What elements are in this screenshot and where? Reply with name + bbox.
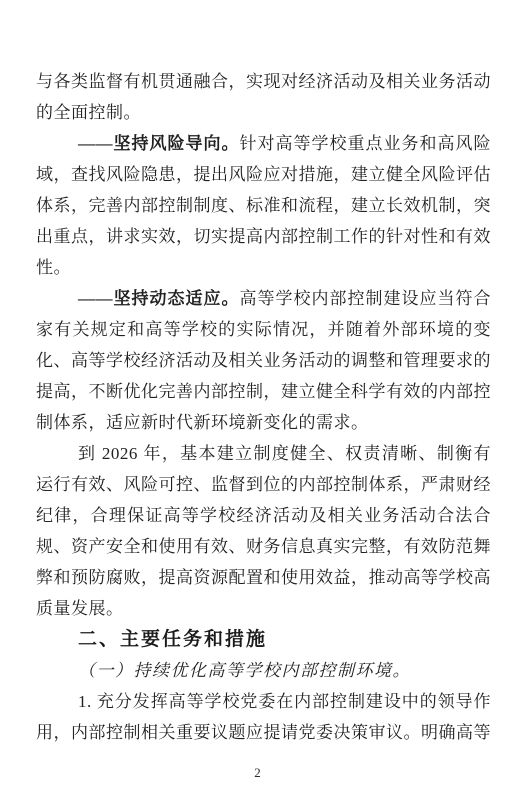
text-run-bold: ——坚持动态适应。 (78, 289, 240, 308)
document-page: 与各类监督有机贯通融合，实现对经济活动及相关业务活动的全面控制。——坚持风险导向… (0, 0, 515, 798)
text-line: 二、主要任务和措施 (36, 624, 491, 655)
text-line: 规、资产安全和使用有效、财务信息真实完整，有效防范舞 (36, 531, 491, 562)
text-run-body: 1. 充分发挥高等学校党委在内部控制建设中的领导作 (78, 692, 491, 711)
text-line: 化、高等学校经济活动及相关业务活动的调整和管理要求的 (36, 345, 491, 376)
text-run-body: 纪律，合理保证高等学校经济活动及相关业务活动合法合 (36, 506, 491, 525)
text-line: 制体系，适应新时代新环境新变化的需求。 (36, 407, 491, 438)
text-line: 与各类监督有机贯通融合，实现对经济活动及相关业务活动 (36, 66, 491, 97)
page-number: 2 (0, 765, 515, 781)
text-run-bold: ——坚持风险导向。 (78, 134, 240, 153)
text-run-kaiti: （一）持续优化高等学校内部控制环境。 (78, 661, 411, 680)
text-run-body: 化、高等学校经济活动及相关业务活动的调整和管理要求的 (36, 351, 491, 370)
text-line: 出重点，讲求实效，切实提高内部控制工作的针对性和有效 (36, 221, 491, 252)
text-run-body: 体系，完善内部控制制度、标准和流程，建立长效机制，突 (36, 196, 491, 215)
text-run-body: 用，内部控制相关重要议题应提请党委决策审议。明确高等 (36, 723, 491, 742)
text-line: 提高，不断优化完善内部控制，建立健全科学有效的内部控 (36, 376, 491, 407)
document-body: 与各类监督有机贯通融合，实现对经济活动及相关业务活动的全面控制。——坚持风险导向… (36, 66, 491, 748)
text-run-body: 规、资产安全和使用有效、财务信息真实完整，有效防范舞 (36, 537, 491, 556)
text-run-body: 弊和预防腐败，提高资源配置和使用效益，推动高等学校高 (36, 568, 491, 587)
text-line: 运行有效、风险可控、监督到位的内部控制体系，严肃财经 (36, 469, 491, 500)
text-line: 弊和预防腐败，提高资源配置和使用效益，推动高等学校高 (36, 562, 491, 593)
text-line: 的全面控制。 (36, 97, 491, 128)
text-line: 用，内部控制相关重要议题应提请党委决策审议。明确高等 (36, 717, 491, 748)
text-run-heading: 二、主要任务和措施 (78, 629, 267, 650)
text-line: （一）持续优化高等学校内部控制环境。 (36, 655, 491, 686)
text-line: 质量发展。 (36, 593, 491, 624)
text-line: ——坚持风险导向。针对高等学校重点业务和高风险领 (36, 128, 491, 159)
text-run-body: 性。 (36, 258, 71, 277)
text-run-body: 提高，不断优化完善内部控制，建立健全科学有效的内部控 (36, 382, 491, 401)
text-run-body: 到 2026 年，基本建立制度健全、权责清晰、制衡有力、 (78, 444, 491, 469)
text-line: 纪律，合理保证高等学校经济活动及相关业务活动合法合 (36, 500, 491, 531)
text-line: 1. 充分发挥高等学校党委在内部控制建设中的领导作 (36, 686, 491, 717)
text-run-body: 的全面控制。 (36, 103, 141, 122)
text-run-body: 质量发展。 (36, 599, 124, 618)
text-run-body: 域，查找风险隐患，提出风险应对措施，建立健全风险评估 (36, 165, 491, 184)
text-run-body: 家有关规定和高等学校的实际情况，并随着外部环境的变 (36, 320, 491, 339)
text-line: 到 2026 年，基本建立制度健全、权责清晰、制衡有力、 (36, 438, 491, 469)
text-run-body: 运行有效、风险可控、监督到位的内部控制体系，严肃财经 (36, 475, 491, 494)
text-line: 家有关规定和高等学校的实际情况，并随着外部环境的变 (36, 314, 491, 345)
text-line: 体系，完善内部控制制度、标准和流程，建立长效机制，突 (36, 190, 491, 221)
text-line: ——坚持动态适应。高等学校内部控制建设应当符合国 (36, 283, 491, 314)
text-line: 性。 (36, 252, 491, 283)
text-run-body: 制体系，适应新时代新环境新变化的需求。 (36, 413, 369, 432)
text-line: 域，查找风险隐患，提出风险应对措施，建立健全风险评估 (36, 159, 491, 190)
text-run-body: 与各类监督有机贯通融合，实现对经济活动及相关业务活动 (36, 72, 491, 91)
text-run-body: 出重点，讲求实效，切实提高内部控制工作的针对性和有效 (36, 227, 491, 246)
